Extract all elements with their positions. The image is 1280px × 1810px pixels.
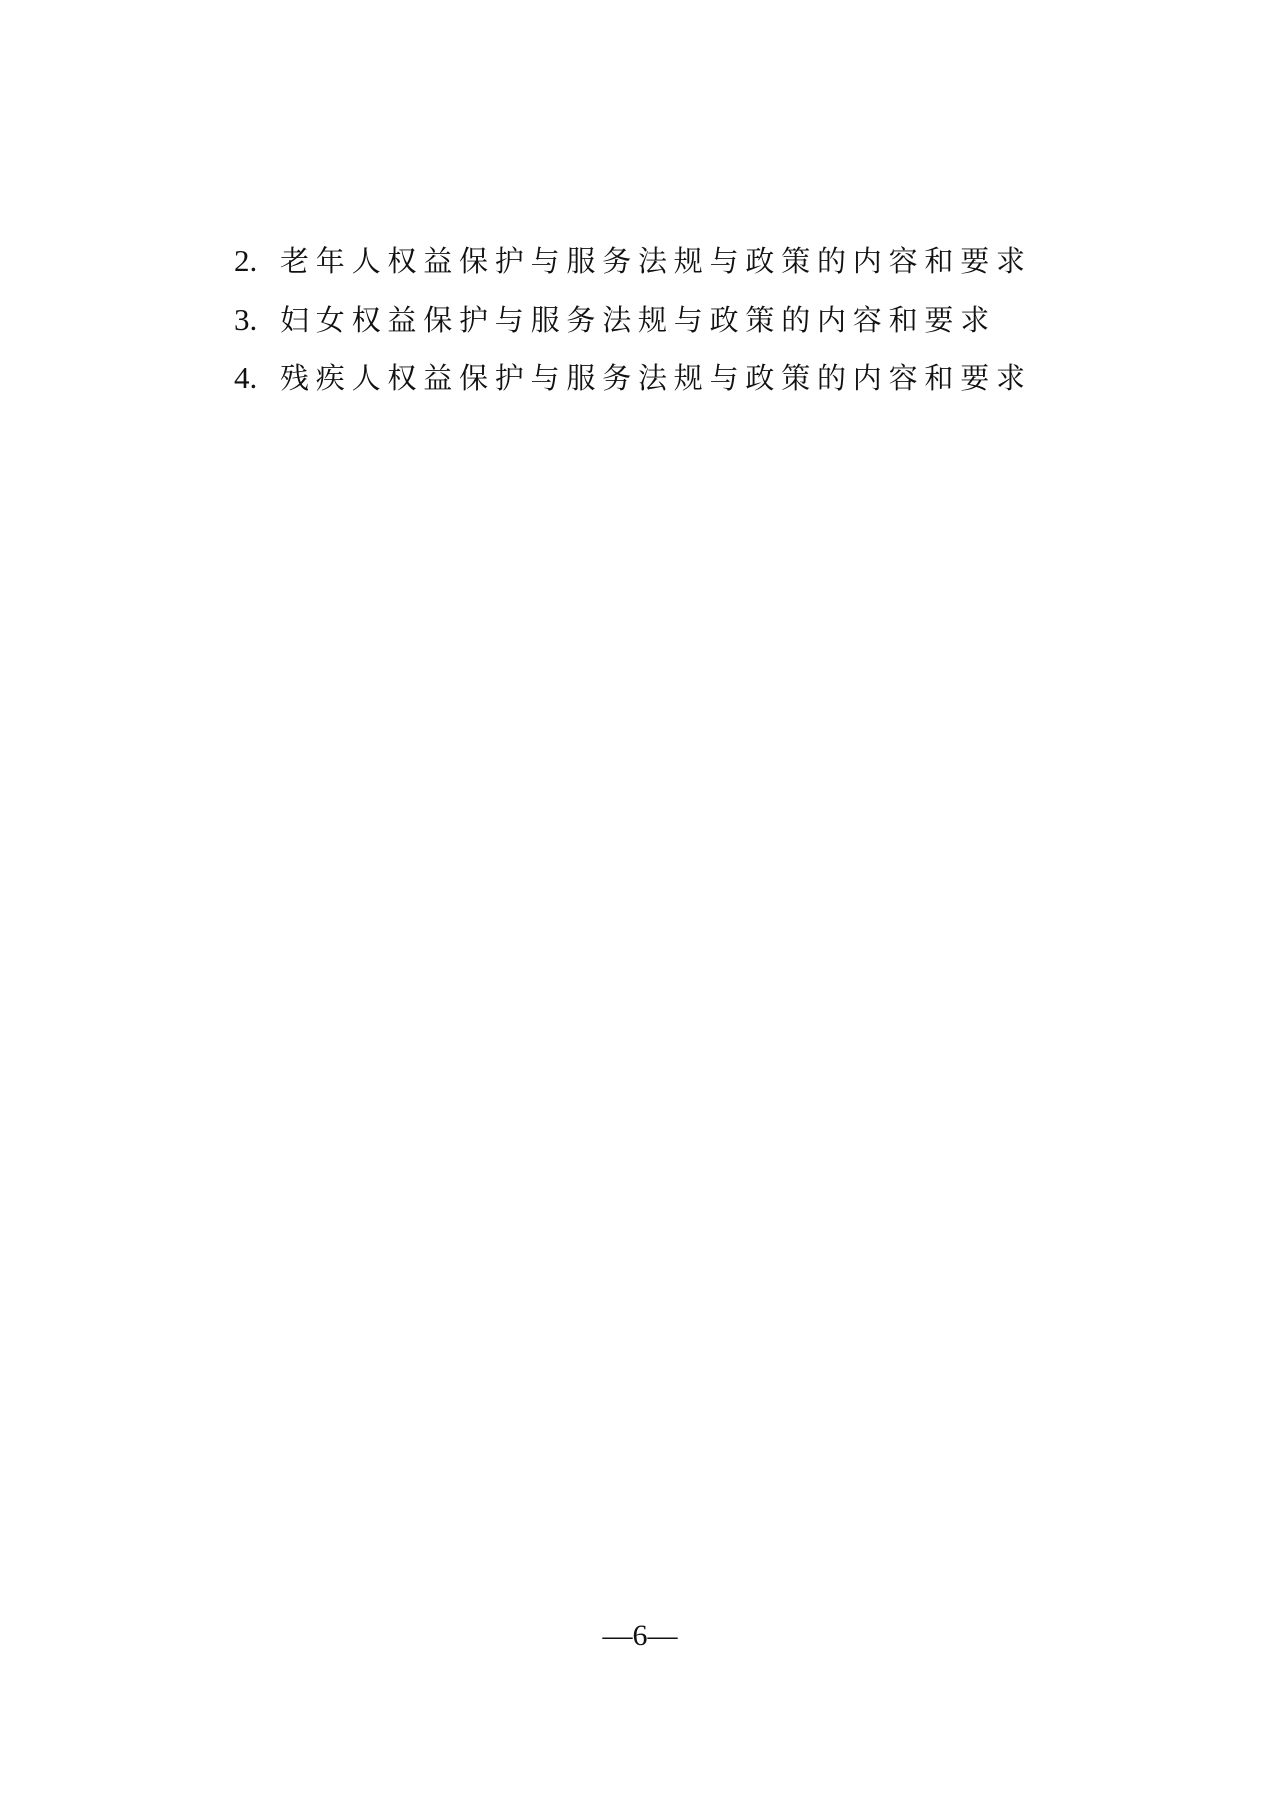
list-item-text: 老年人权益保护与服务法规与政策的内容和要求 [280,240,1032,282]
list-item-number: 2. [234,240,280,282]
list-item-text: 残疾人权益保护与服务法规与政策的内容和要求 [280,357,1032,399]
list-item: 3. 妇女权益保护与服务法规与政策的内容和要求 [234,299,1032,358]
page-number: —6— [0,1616,1280,1656]
list-item-number: 3. [234,299,280,341]
list-item: 2. 老年人权益保护与服务法规与政策的内容和要求 [234,240,1032,299]
requirements-list: 2. 老年人权益保护与服务法规与政策的内容和要求 3. 妇女权益保护与服务法规与… [234,240,1032,416]
list-item-number: 4. [234,357,280,399]
list-item-text: 妇女权益保护与服务法规与政策的内容和要求 [280,299,996,341]
list-item: 4. 残疾人权益保护与服务法规与政策的内容和要求 [234,357,1032,416]
